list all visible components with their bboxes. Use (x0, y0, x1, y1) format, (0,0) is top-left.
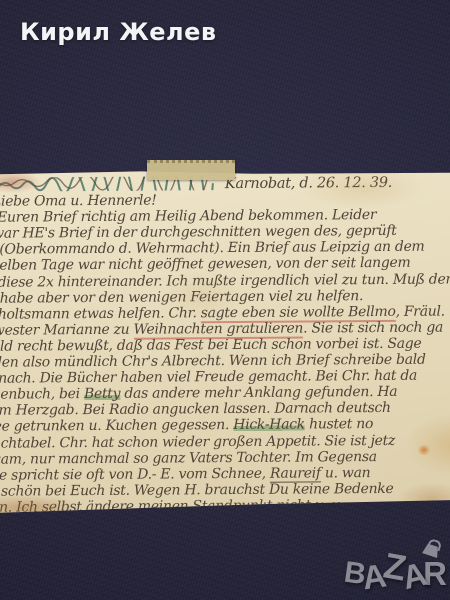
letter-text: Karnobat, d. 26. 12. 39. Liebe Oma u. He… (0, 171, 450, 513)
tape-strip (147, 160, 235, 180)
marked-handwriting: Hick-Hack (233, 417, 305, 434)
marked-handwriting: Betty (84, 386, 120, 402)
marked-handwriting: Raureif (270, 465, 321, 482)
letter-line: schön bei Euch ist. Wegen H. brauchst Du… (1, 480, 450, 499)
seller-name: Кирил Желев (20, 18, 217, 46)
photo-listing: { "overlay": { "seller_name": "Кирил Жел… (0, 0, 450, 600)
handwriting: diese 2x hintereinander. Ich mußte irgen… (0, 271, 450, 290)
handwriting: u. wan (321, 465, 371, 481)
handwriting: das andere mehr Anklang gefunden. Ha (120, 384, 397, 402)
handwriting: . Sie ist sich noch ga (303, 319, 443, 336)
handwriting: holtsmann etwas helfen. Chr. (0, 305, 201, 322)
handwriting: enbuch, bei (0, 386, 84, 403)
handwriting: wester Marianne zu (0, 322, 134, 339)
handwriting: ee getrunken u. Kuchen gegessen. (0, 417, 233, 435)
handwriting: n. (0, 499, 16, 513)
letter-line: m Herzgab. Bei Radio angucken lassen. Da… (0, 400, 450, 419)
handwriting: hustet no (305, 416, 373, 432)
letter-lines: Euren Brief richtig am Heilig Abend beko… (0, 206, 450, 513)
letter-line: diese 2x hintereinander. Ich mußte irgen… (0, 271, 450, 290)
letter-paper: Karnobat, d. 26. 12. 39. Liebe Oma u. He… (0, 170, 450, 513)
handwriting: , Fräul. (395, 303, 444, 319)
handwriting: e spricht sie oft von D.- E. vom Schnee, (0, 465, 270, 483)
bazar-watermark: BAZAR (344, 554, 444, 590)
letter-date: Karnobat, d. 26. 12. 39. (225, 175, 392, 192)
marked-handwriting: Ich (16, 499, 38, 513)
letter-line: chtabel. Chr. hat schon wieder großen Ap… (1, 432, 450, 451)
